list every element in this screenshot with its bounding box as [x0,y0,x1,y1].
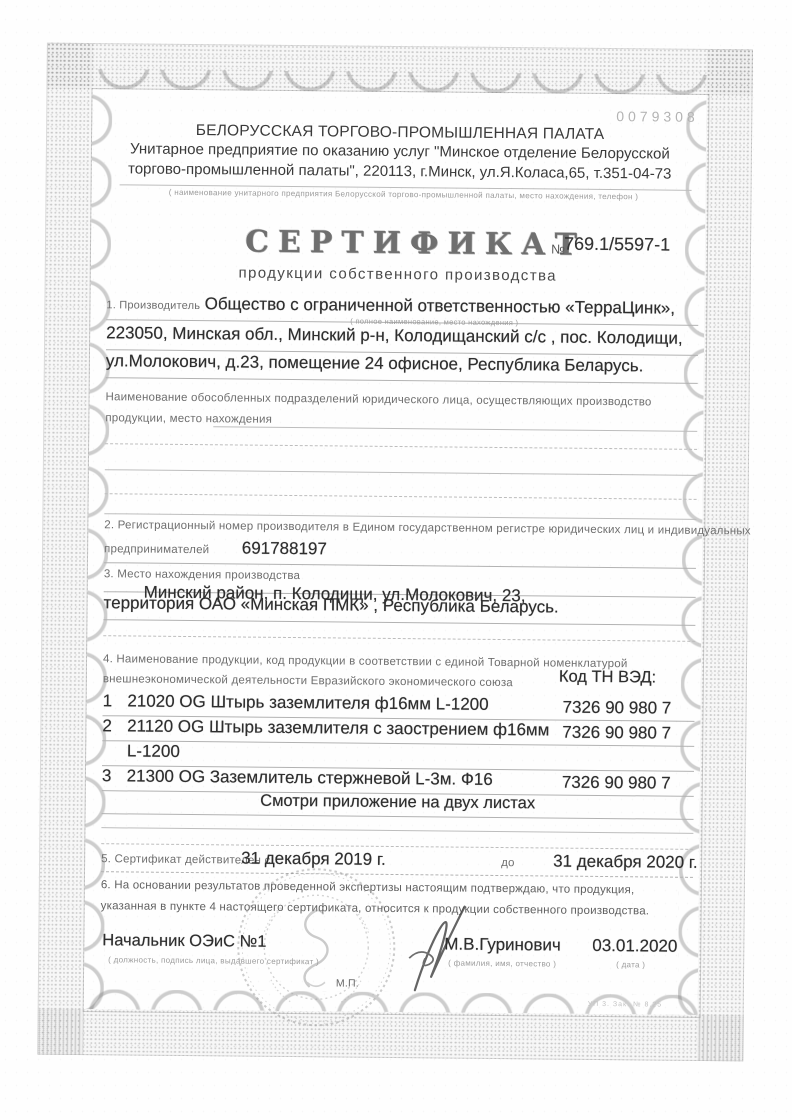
regnumber-label-2: предпринимателей [104,543,209,556]
product-name: 21120 OG Штырь заземлителя с заострением… [127,716,549,739]
print-reference: УП 3. Зак. № 8.25 [588,1001,662,1009]
product-name-continued: L-1200 [127,741,180,761]
location-value-2: территория ОАО «Минская ПМК» , Республик… [103,593,695,626]
producer-address-2: ул.Молокович, д.23, помещение 24 офисное… [106,351,698,384]
number-sign: № [551,241,565,256]
stamp-place-label: М.П. [336,977,359,989]
signer-name: М.В.Гуринович [444,934,561,955]
certificate-date: 03.01.2020 [592,936,677,957]
location-row-1: 3. Место нахождения производства Минский… [104,564,696,598]
validity-to-label: до [501,857,515,869]
producer-address-1: 223050, Минская обл., Минский р-н, Колод… [106,323,698,356]
validity-to: 31 декабря 2020 г. [553,852,698,873]
certificate-title: СЕРТИФИКАТ [245,225,586,263]
regnumber-value: 691788197 [242,539,327,559]
product-code: 7326 90 980 7 [562,773,671,794]
product-index: 1 [103,691,123,711]
signer-position: Начальник ОЭиС №1 [102,931,266,952]
serial-number: 0079308 [616,108,699,125]
location-label: 3. Место нахождения производства [104,568,300,582]
date-caption: ( дата ) [616,960,645,969]
scanned-sheet: 0079308 БЕЛОРУССКАЯ ТОРГОВО-ПРОМЫШЛЕННАЯ… [0,0,792,1120]
producer-name: Общество с ограниченной ответственностью… [205,294,676,318]
product-code: 7326 90 980 7 [562,698,671,719]
certificate-scan: 0079308 БЕЛОРУССКАЯ ТОРГОВО-ПРОМЫШЛЕННАЯ… [0,0,792,1120]
certificate-number: 769.1/5597-1 [564,234,670,256]
product-name: 21020 OG Штырь заземлителя ф16мм L-1200 [127,691,488,713]
product-index: 3 [102,766,122,786]
signer-name-caption: ( фамилия, имя, отчество ) [448,959,556,969]
product-index: 2 [102,716,122,736]
producer-label: 1. Производитель [106,299,200,312]
chamber-header: БЕЛОРУССКАЯ ТОРГОВО-ПРОМЫШЛЕННАЯ ПАЛАТА … [104,121,697,185]
product-code: 7326 90 980 7 [562,723,671,744]
tnved-header: Код ТН ВЭД: [559,668,656,688]
product-name: 21300 OG Заземлитель стержневой L-3м. Ф1… [127,766,493,789]
